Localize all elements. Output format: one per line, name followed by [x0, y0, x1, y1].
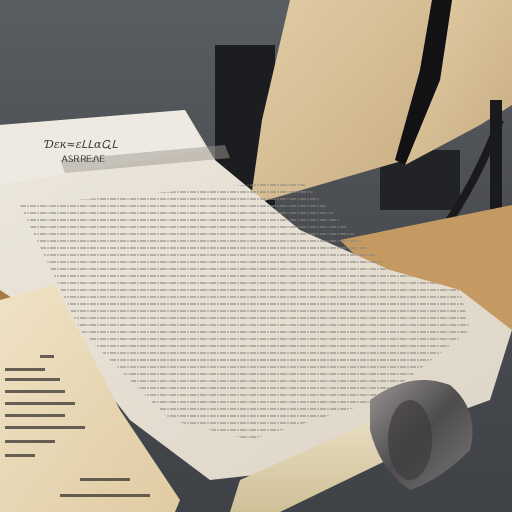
scene-illustration: Ɗɛĸ≈ɛᏞᏞɑᏩᏞ ᎪᏚᎡᏒᎬᏁᎬ	[0, 0, 512, 512]
svg-text:Ɗɛĸ≈ɛᏞᏞɑᏩᏞ: Ɗɛĸ≈ɛᏞᏞɑᏩᏞ	[44, 138, 118, 151]
svg-text:ᎪᏚᎡᏒᎬᏁᎬ: ᎪᏚᎡᏒᎬᏁᎬ	[61, 155, 105, 165]
scroll-photo: Ɗɛĸ≈ɛᏞᏞɑᏩᏞ ᎪᏚᎡᏒᎬᏁᎬ	[0, 0, 512, 512]
